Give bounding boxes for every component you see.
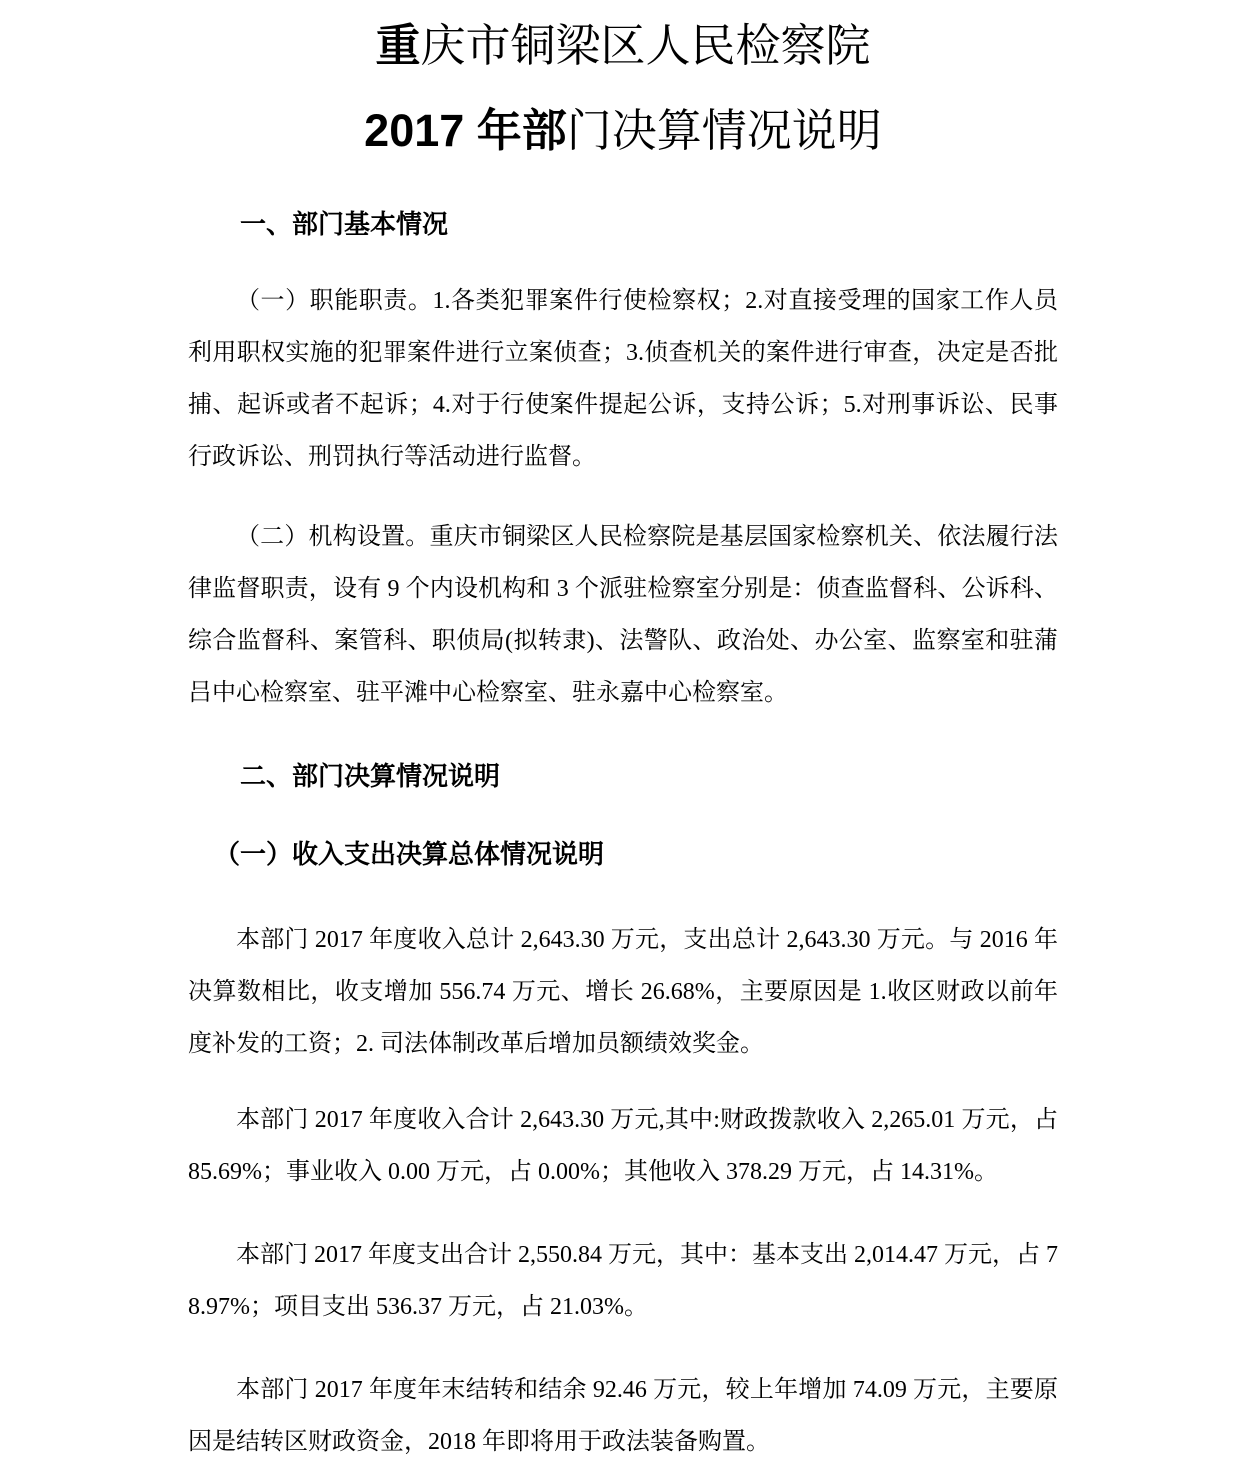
document-subtitle-bold-segment: 2017 年部 (364, 105, 567, 156)
paragraph-income-breakdown: 本部门 2017 年度收入合计 2,643.30 万元,其中:财政拨款收入 2,… (188, 1094, 1058, 1198)
paragraph-duties: （一）职能职责。1.各类犯罪案件行使检察权；2.对直接受理的国家工作人员利用职权… (188, 275, 1058, 483)
document-subtitle-light-segment: 门决算情况说明 (567, 105, 882, 156)
document-page: 重庆市铜梁区人民检察院 2017 年部门决算情况说明 一、部门基本情况 （一）职… (0, 0, 1239, 1473)
document-title: 重庆市铜梁区人民检察院 (188, 20, 1058, 72)
document-title-light-segment: 庆市铜梁区人民检察院 (421, 20, 871, 71)
paragraph-total-income-expense: 本部门 2017 年度收入总计 2,643.30 万元，支出总计 2,643.3… (188, 914, 1058, 1070)
paragraph-organization: （二）机构设置。重庆市铜梁区人民检察院是基层国家检察机关、依法履行法律监督职责，… (188, 511, 1058, 719)
section-heading-basic-info: 一、部门基本情况 (188, 207, 1058, 241)
section-heading-final-accounts: 二、部门决算情况说明 (188, 759, 1058, 793)
paragraph-year-end-carryover: 本部门 2017 年度年末结转和结余 92.46 万元，较上年增加 74.09 … (188, 1364, 1058, 1468)
paragraph-expense-breakdown: 本部门 2017 年度支出合计 2,550.84 万元，其中：基本支出 2,01… (188, 1229, 1058, 1333)
document-title-bold-segment: 重 (375, 20, 420, 71)
document-subtitle: 2017 年部门决算情况说明 (188, 105, 1058, 157)
subsection-heading-income-expense-overview: （一）收入支出决算总体情况说明 (188, 836, 1058, 872)
